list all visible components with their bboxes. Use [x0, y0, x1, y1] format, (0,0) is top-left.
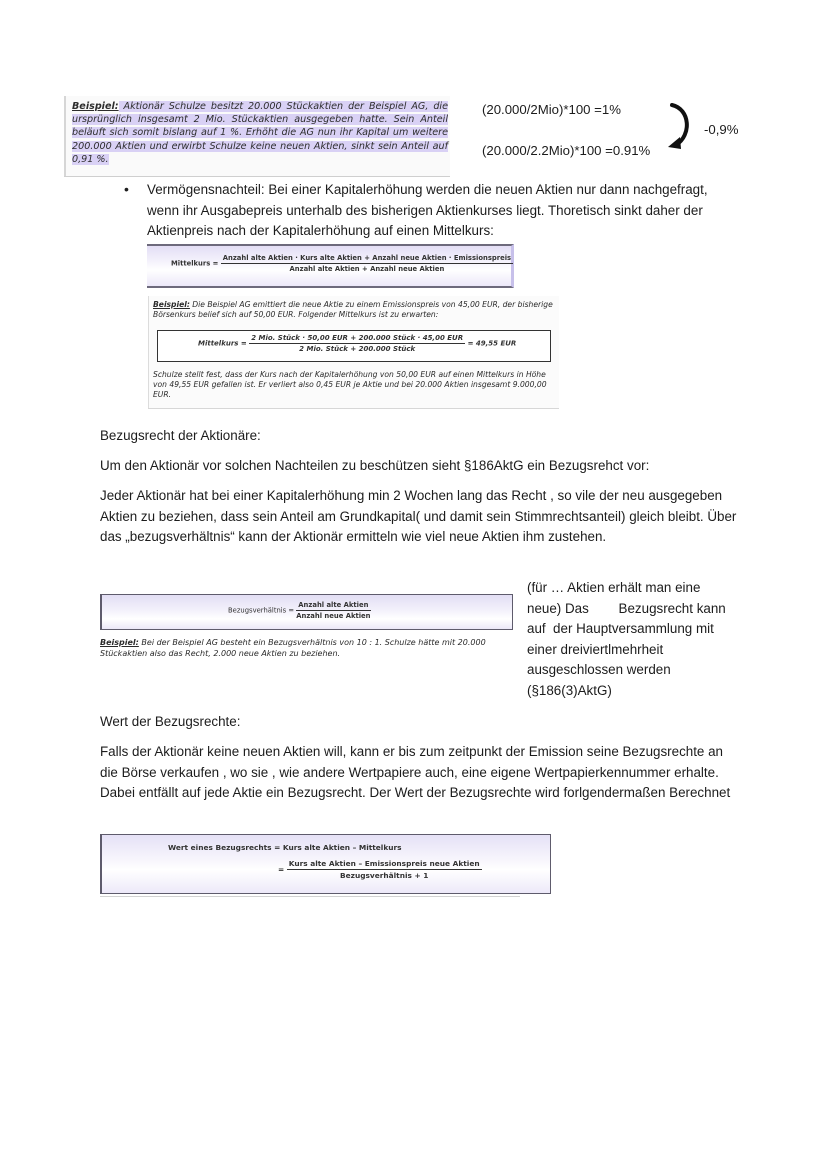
formula-eq: =	[278, 865, 284, 874]
calculation-line-2: (20.000/2.2Mio)*100 =0.91%	[482, 141, 650, 162]
scan-edge-line	[100, 896, 520, 897]
calculation-difference: -0,9%	[704, 120, 738, 141]
formula-numerator: Kurs alte Aktien – Emissionspreis neue A…	[287, 859, 482, 870]
formula-denominator: Anzahl neue Aktien	[296, 611, 370, 620]
paragraph-bezugsrecht-detail: Jeder Aktionär hat bei einer Kapitalerhö…	[100, 486, 740, 548]
formula-box-mittelkurs: Mittelkurs = Anzahl alte Aktien · Kurs a…	[147, 244, 514, 288]
formula-fraction: Kurs alte Aktien – Emissionspreis neue A…	[287, 859, 482, 880]
example-intro: Beispiel: Die Beispiel AG emittiert die …	[153, 300, 555, 320]
formula-numerator: 2 Mio. Stück · 50,00 EUR + 200.000 Stück…	[249, 334, 465, 344]
formula-line-1: Wert eines Bezugsrechts = Kurs alte Akti…	[168, 843, 402, 852]
formula-numerator: Anzahl alte Aktien · Kurs alte Aktien + …	[221, 254, 513, 264]
example-scan-aktionaer-schulze: Beispiel: Aktionär Schulze besitzt 20.00…	[64, 96, 450, 176]
formula-denominator: Bezugsverhältnis + 1	[287, 870, 482, 880]
example-intro-text: Die Beispiel AG emittiert die neue Aktie…	[153, 300, 553, 319]
example-label: Beispiel:	[72, 101, 119, 112]
heading-bezugsrecht: Bezugsrecht der Aktionäre:	[100, 426, 261, 447]
example-text: Beispiel: Aktionär Schulze besitzt 20.00…	[72, 100, 448, 166]
formula-box-bezugsverhaeltnis: Bezugsverhältnis = Anzahl alte Aktien An…	[100, 594, 513, 630]
example-body: Aktionär Schulze besitzt 20.000 Stückakt…	[72, 101, 448, 165]
formula-box-mittelkurs-example: Mittelkurs = 2 Mio. Stück · 50,00 EUR + …	[157, 330, 551, 362]
example-body: Bei der Beispiel AG besteht ein Bezugsve…	[100, 638, 486, 658]
example-conclusion: Schulze stellt fest, dass der Kurs nach …	[153, 370, 555, 400]
curved-arrow-icon	[664, 101, 704, 151]
heading-wert-bezugsrechte: Wert der Bezugsrechte:	[100, 712, 240, 733]
formula-fraction: Anzahl alte Aktien Anzahl neue Aktien	[296, 601, 370, 620]
paragraph-bezugsrecht-intro: Um den Aktionär vor solchen Nachteilen z…	[100, 456, 740, 477]
formula-numerator: Anzahl alte Aktien	[296, 601, 370, 611]
formula-lhs: Mittelkurs =	[198, 340, 247, 348]
formula-fraction: 2 Mio. Stück · 50,00 EUR + 200.000 Stück…	[249, 334, 465, 353]
bullet-vermoegensnachteil: Vermögensnachteil: Bei einer Kapitalerhö…	[147, 180, 737, 242]
formula-result: = 49,55 EUR	[468, 340, 517, 348]
formula-box-wert-bezugsrecht: Wert eines Bezugsrechts = Kurs alte Akti…	[100, 834, 551, 894]
example-scan-bezugsverhaeltnis: Beispiel: Bei der Beispiel AG besteht ei…	[100, 638, 518, 659]
example-label: Beispiel:	[100, 638, 139, 647]
formula-denominator: Anzahl alte Aktien + Anzahl neue Aktien	[221, 264, 513, 273]
side-note-bezugsrecht-ausschluss: (für … Aktien erhält man eine neue) Das …	[527, 578, 737, 701]
formula-lhs: Bezugsverhältnis =	[228, 607, 294, 615]
formula-fraction: Anzahl alte Aktien · Kurs alte Aktien + …	[221, 254, 513, 273]
example-scan-mittelkurs: Beispiel: Die Beispiel AG emittiert die …	[148, 296, 559, 408]
formula-denominator: 2 Mio. Stück + 200.000 Stück	[249, 344, 465, 353]
example-label: Beispiel:	[153, 300, 190, 309]
calculation-line-1: (20.000/2Mio)*100 =1%	[482, 100, 621, 121]
paragraph-wert-bezugsrechte: Falls der Aktionär keine neuen Aktien wi…	[100, 742, 740, 804]
formula-lhs: Mittelkurs =	[171, 260, 218, 268]
bullet-marker: •	[124, 181, 129, 197]
